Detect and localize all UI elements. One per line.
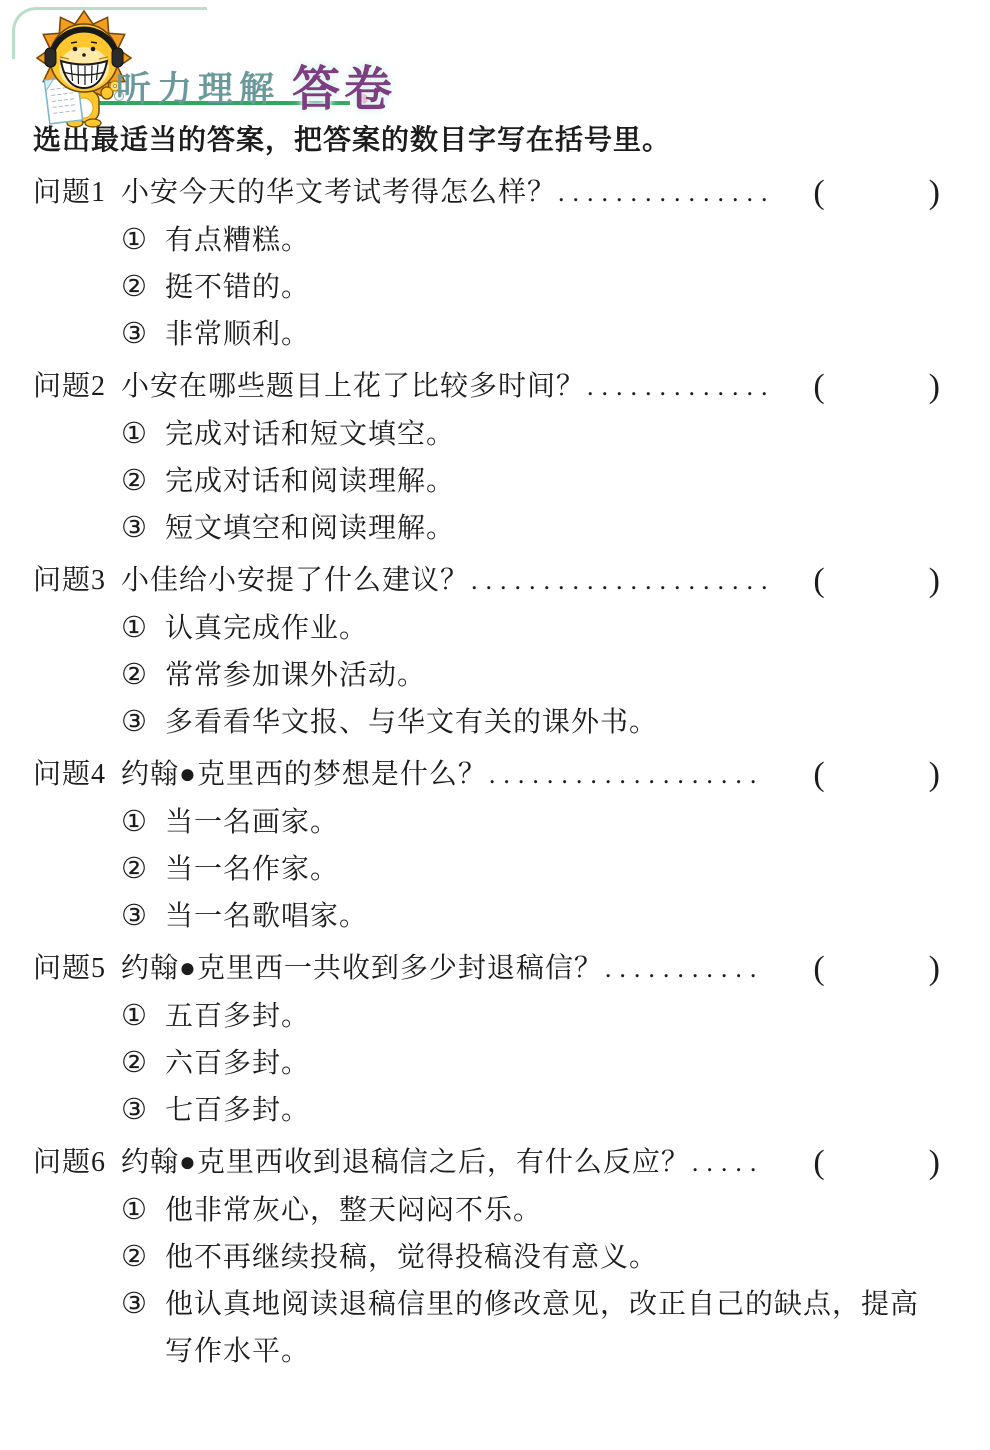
answer-brackets: () [813, 943, 940, 993]
answer-bracket-close: ) [929, 1144, 940, 1181]
answer-brackets: () [813, 555, 940, 605]
question-line: 问题6 约翰●克里西收到退稿信之后，有什么反应？ ..... () [33, 1137, 940, 1187]
question-line: 问题3 小佳给小安提了什么建议？ ..................... (… [33, 555, 940, 605]
option-number-icon: ① [121, 799, 165, 846]
option-list: ①认真完成作业。②常常参加课外活动。③多看看华文报、与华文有关的课外书。 [121, 605, 940, 746]
answer-option: ②完成对话和阅读理解。 [121, 458, 940, 505]
option-number-icon: ③ [121, 699, 165, 746]
option-text: 五百多封。 [165, 993, 940, 1040]
option-list: ①完成对话和短文填空。②完成对话和阅读理解。③短文填空和阅读理解。 [121, 411, 940, 552]
question-line: 问题5 约翰●克里西一共收到多少封退稿信？ ........... () [33, 943, 940, 993]
option-list: ①当一名画家。②当一名作家。③当一名歌唱家。 [121, 799, 940, 940]
answer-option: ①当一名画家。 [121, 799, 940, 846]
question-line: 问题4 约翰●克里西的梦想是什么？ ................... () [33, 749, 940, 799]
answer-option: ③多看看华文报、与华文有关的课外书。 [121, 699, 940, 746]
option-text: 当一名歌唱家。 [165, 893, 940, 940]
option-number-icon: ② [121, 1040, 165, 1087]
option-text: 有点糟糕。 [165, 217, 940, 264]
question-text: 约翰●克里西的梦想是什么？ [121, 751, 487, 799]
answer-bracket-open: ( [813, 756, 824, 793]
answer-option: ②常常参加课外活动。 [121, 652, 940, 699]
answer-option: ①五百多封。 [121, 993, 940, 1040]
answer-option: ③非常顺利。 [121, 311, 940, 358]
answer-bracket-open: ( [813, 950, 824, 987]
answer-brackets: () [813, 749, 940, 799]
option-text: 多看看华文报、与华文有关的课外书。 [165, 699, 940, 746]
worksheet-page: 听力理解 答卷 选出最适当的答案，把答案的数目字写在括号里。 问题1 小安今天的… [0, 0, 990, 1450]
option-text: 完成对话和短文填空。 [165, 411, 940, 458]
answer-option: ②挺不错的。 [121, 264, 940, 311]
question-list: 问题1 小安今天的华文考试考得怎么样？ ............... () ①… [33, 167, 940, 1375]
question-block: 问题3 小佳给小安提了什么建议？ ..................... (… [33, 555, 940, 746]
title-answer-sheet-badge: 答卷 [292, 50, 396, 119]
answer-option: ①完成对话和短文填空。 [121, 411, 940, 458]
option-number-icon: ② [121, 846, 165, 893]
option-text: 当一名画家。 [165, 799, 940, 846]
option-number-icon: ① [121, 411, 165, 458]
answer-bracket-close: ) [929, 174, 940, 211]
page-header: 听力理解 答卷 [0, 0, 990, 118]
question-text: 小安今天的华文考试考得怎么样？ [121, 169, 556, 217]
answer-bracket-close: ) [929, 950, 940, 987]
answer-bracket-close: ) [929, 368, 940, 405]
answer-option: ①有点糟糕。 [121, 217, 940, 264]
option-number-icon: ③ [121, 505, 165, 552]
option-text: 他非常灰心，整天闷闷不乐。 [165, 1187, 940, 1234]
option-number-icon: ③ [121, 893, 165, 940]
answer-option: ②他不再继续投稿，觉得投稿没有意义。 [121, 1234, 940, 1281]
instruction-text: 选出最适当的答案，把答案的数目字写在括号里。 [33, 118, 940, 164]
option-number-icon: ② [121, 264, 165, 311]
option-text: 认真完成作业。 [165, 605, 940, 652]
question-text: 小佳给小安提了什么建议？ [121, 557, 469, 605]
question-text: 约翰●克里西收到退稿信之后，有什么反应？ [121, 1139, 690, 1187]
option-number-icon: ① [121, 1187, 165, 1234]
option-number-icon: ① [121, 993, 165, 1040]
answer-bracket-close: ) [929, 562, 940, 599]
dot-leader: ..................... [471, 557, 811, 605]
option-text: 他认真地阅读退稿信里的修改意见，改正自己的缺点，提高写作水平。 [165, 1281, 940, 1375]
answer-option: ③短文填空和阅读理解。 [121, 505, 940, 552]
question-block: 问题1 小安今天的华文考试考得怎么样？ ............... () ①… [33, 167, 940, 358]
question-label: 问题3 [33, 557, 121, 605]
question-label: 问题2 [33, 363, 121, 411]
option-list: ①五百多封。②六百多封。③七百多封。 [121, 993, 940, 1134]
option-text: 非常顺利。 [165, 311, 940, 358]
option-text: 七百多封。 [165, 1087, 940, 1134]
dot-leader: ........... [605, 945, 811, 993]
dot-leader: ..... [692, 1139, 811, 1187]
answer-brackets: () [813, 1137, 940, 1187]
option-number-icon: ③ [121, 1281, 165, 1328]
question-label: 问题6 [33, 1139, 121, 1187]
answer-option: ③当一名歌唱家。 [121, 893, 940, 940]
answer-option: ③七百多封。 [121, 1087, 940, 1134]
answer-bracket-open: ( [813, 368, 824, 405]
answer-brackets: () [813, 167, 940, 217]
dot-leader: ............... [558, 169, 811, 217]
option-number-icon: ② [121, 652, 165, 699]
option-list: ①他非常灰心，整天闷闷不乐。②他不再继续投稿，觉得投稿没有意义。③他认真地阅读退… [121, 1187, 940, 1375]
title-listening-comprehension: 听力理解 [116, 62, 280, 112]
answer-bracket-close: ) [929, 756, 940, 793]
option-number-icon: ① [121, 605, 165, 652]
question-line: 问题2 小安在哪些题目上花了比较多时间？ ............. () [33, 361, 940, 411]
page-title: 听力理解 答卷 [116, 46, 396, 115]
answer-bracket-open: ( [813, 174, 824, 211]
option-number-icon: ① [121, 217, 165, 264]
option-text: 当一名作家。 [165, 846, 940, 893]
question-block: 问题4 约翰●克里西的梦想是什么？ ................... ()… [33, 749, 940, 940]
option-list: ①有点糟糕。②挺不错的。③非常顺利。 [121, 217, 940, 358]
dot-leader: ............. [587, 363, 811, 411]
option-number-icon: ③ [121, 1087, 165, 1134]
question-block: 问题6 约翰●克里西收到退稿信之后，有什么反应？ ..... () ①他非常灰心… [33, 1137, 940, 1375]
answer-option: ①他非常灰心，整天闷闷不乐。 [121, 1187, 940, 1234]
question-text: 小安在哪些题目上花了比较多时间？ [121, 363, 585, 411]
question-text: 约翰●克里西一共收到多少封退稿信？ [121, 945, 603, 993]
answer-option: ②六百多封。 [121, 1040, 940, 1087]
option-text: 六百多封。 [165, 1040, 940, 1087]
dot-leader: ................... [489, 751, 811, 799]
question-block: 问题2 小安在哪些题目上花了比较多时间？ ............. () ①完… [33, 361, 940, 552]
question-label: 问题4 [33, 751, 121, 799]
question-block: 问题5 约翰●克里西一共收到多少封退稿信？ ........... () ①五百… [33, 943, 940, 1134]
answer-option: ①认真完成作业。 [121, 605, 940, 652]
answer-option: ②当一名作家。 [121, 846, 940, 893]
option-number-icon: ③ [121, 311, 165, 358]
option-number-icon: ② [121, 1234, 165, 1281]
question-line: 问题1 小安今天的华文考试考得怎么样？ ............... () [33, 167, 940, 217]
option-text: 他不再继续投稿，觉得投稿没有意义。 [165, 1234, 940, 1281]
question-label: 问题5 [33, 945, 121, 993]
question-label: 问题1 [33, 169, 121, 217]
option-text: 常常参加课外活动。 [165, 652, 940, 699]
option-text: 完成对话和阅读理解。 [165, 458, 940, 505]
answer-option: ③他认真地阅读退稿信里的修改意见，改正自己的缺点，提高写作水平。 [121, 1281, 940, 1375]
option-text: 短文填空和阅读理解。 [165, 505, 940, 552]
option-number-icon: ② [121, 458, 165, 505]
option-text: 挺不错的。 [165, 264, 940, 311]
answer-brackets: () [813, 361, 940, 411]
answer-bracket-open: ( [813, 562, 824, 599]
worksheet-content: 选出最适当的答案，把答案的数目字写在括号里。 问题1 小安今天的华文考试考得怎么… [33, 118, 970, 1375]
answer-bracket-open: ( [813, 1144, 824, 1181]
